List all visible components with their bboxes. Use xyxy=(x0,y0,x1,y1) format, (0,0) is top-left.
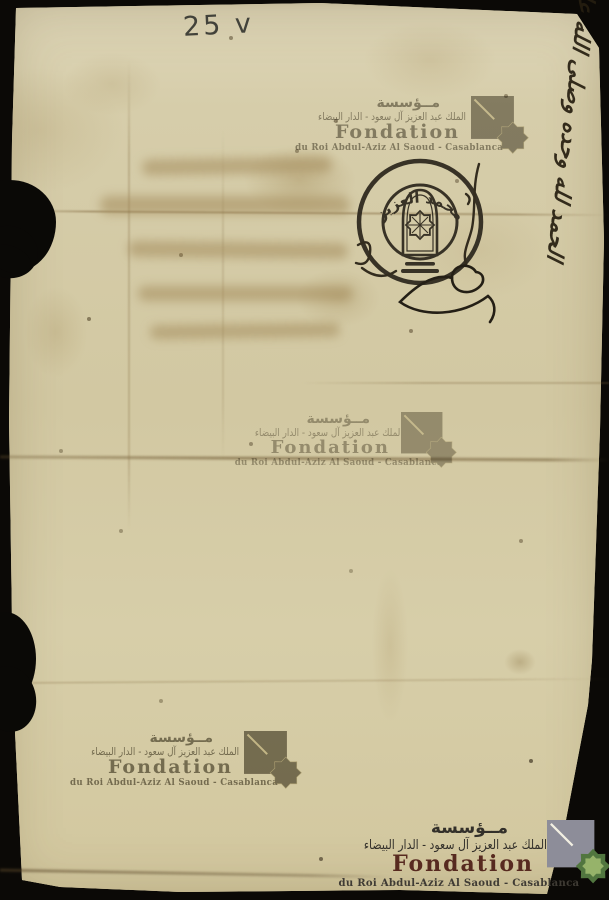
watermark-latin-subtitle: du Roi Abdul-Aziz Al Saoud - Casablanca xyxy=(70,778,239,790)
foxing-specks xyxy=(0,0,2,2)
bleedthrough-text-row xyxy=(100,196,350,214)
bleedthrough-text-row xyxy=(138,286,353,301)
watermark-latin-title: Fondation xyxy=(330,853,542,876)
watermark-latin-title: Fondation xyxy=(288,123,466,143)
watermark-arabic-title: مــؤسسة xyxy=(330,820,542,838)
fondation-watermark-bottom-left: مــؤسسة الملك عبد العزيز آل سعود - الدار… xyxy=(63,731,303,790)
fondation-watermark-middle: مــؤسسة الملك عبد العزيز آل سعود - الدار… xyxy=(228,412,458,470)
watermark-latin-subtitle: du Roi Abdul-Aziz Al Saoud - Casablanca xyxy=(235,458,396,470)
fondation-logo-icon xyxy=(547,820,609,884)
watermark-arabic-title: مــؤسسة xyxy=(288,96,466,111)
watermark-arabic-subtitle: الملك عبد العزيز آل سعود - الدار البيضاء xyxy=(255,427,396,440)
folio-number-annotation: 25 v xyxy=(182,8,254,43)
fondation-watermark-bottom-right: مــؤسسة الملك عبد العزيز آل سعود - الدار… xyxy=(330,820,609,890)
fondation-watermark-top: مــؤسسة الملك عبد العزيز آل سعود - الدار… xyxy=(288,96,530,155)
bleedthrough-text-row xyxy=(142,156,332,175)
watermark-arabic-subtitle: الملك عبد العزيز آل سعود - الدار البيضاء xyxy=(364,838,542,854)
watermark-arabic-subtitle: الملك عبد العزيز آل سعود - الدار البيضاء xyxy=(316,111,466,124)
bleedthrough-text-row xyxy=(150,323,340,340)
signature-paraph xyxy=(392,262,502,328)
watermark-latin-title: Fondation xyxy=(63,758,239,778)
scanned-document: 25 v الحمد لله وحده وصلى الله على سيدنا … xyxy=(0,0,609,900)
watermark-arabic-title: مــؤسسة xyxy=(228,412,396,427)
watermark-latin-subtitle: du Roi Abdul-Aziz Al Saoud - Casablanca xyxy=(338,877,542,891)
bleedthrough-text-row xyxy=(128,241,348,259)
watermark-arabic-title: مــؤسسة xyxy=(63,731,239,746)
watermark-latin-title: Fondation xyxy=(228,439,396,458)
watermark-arabic-subtitle: الملك عبد العزيز آل سعود - الدار البيضاء xyxy=(91,746,239,759)
